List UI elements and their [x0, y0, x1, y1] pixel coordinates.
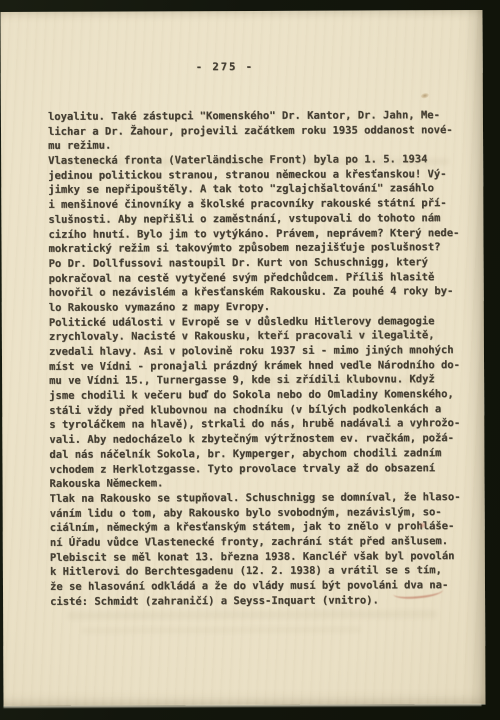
- text-line: Tlak na Rakousko se stupňoval. Schuschni…: [50, 490, 475, 507]
- text-line: jsme chodili k večeru buď do Sokola nebo…: [49, 387, 474, 404]
- page-number: - 275 -: [196, 61, 254, 73]
- scanned-document: - 275 - loyalitu. Také zástupci "Komensk…: [0, 0, 500, 720]
- text-line: Vlastenecká fronta (Vaterländische Front…: [48, 152, 473, 169]
- text-line: vali. Aby nedocházelo k zbytečným výtržn…: [49, 431, 474, 448]
- ink-bleed-through: [67, 610, 437, 620]
- text-line: slušnosti. Aby nepřišli o zaměstnání, vs…: [48, 211, 473, 228]
- text-line: zvedali hlavy. Asi v polovině roku 1937 …: [49, 343, 474, 360]
- typewritten-text: loyalitu. Také zástupci "Komenského" Dr.…: [48, 108, 475, 609]
- text-line: lichar a Dr. Žahour, projevili začátkem …: [48, 123, 473, 140]
- ink-bleed-through: [81, 626, 361, 633]
- text-line: cisté: Schmidt (zahraničí) a Seyss-Inqua…: [50, 593, 475, 610]
- text-line: Po Dr. Dollfussovi nastoupil Dr. Kurt vo…: [49, 255, 474, 272]
- text-line: že se hlasování odkládá a že do vlády mu…: [50, 578, 475, 595]
- text-line: dal nás náčelník Sokola, br. Kymperger, …: [49, 446, 474, 463]
- text-line: hovořil o nezávislém a křesťanském Rakou…: [49, 284, 474, 301]
- paper-speck: [420, 92, 429, 99]
- text-line: vchodem z Herklotzgasse. Tyto provolace …: [49, 460, 474, 477]
- text-line: i menšinové činovníky a školské pracovní…: [48, 196, 473, 213]
- text-line: loyalitu. Také zástupci "Komenského" Dr.…: [48, 108, 473, 125]
- text-line: mokratický režim si takovýmto způsobem n…: [48, 240, 473, 257]
- text-line: ní Úřadu vůdce Vlastenecké fronty, zachr…: [50, 534, 475, 551]
- paper-sheet: - 275 - loyalitu. Také zástupci "Komensk…: [0, 10, 485, 706]
